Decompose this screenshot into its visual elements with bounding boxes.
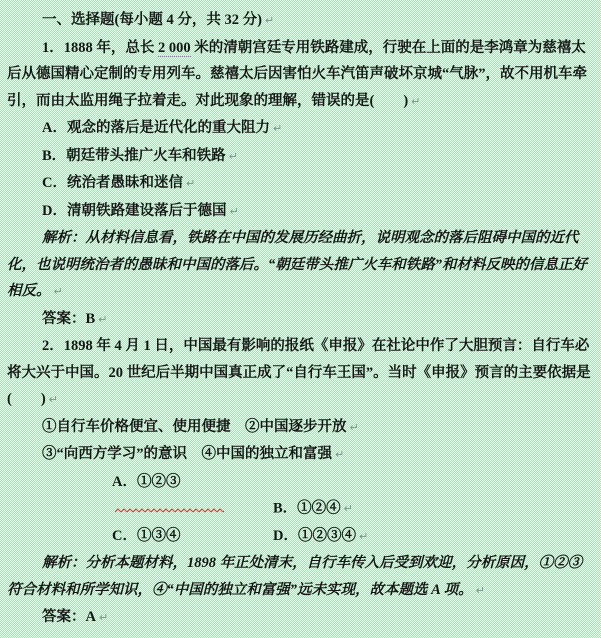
paragraph-end-mark: ↵ (411, 95, 420, 108)
question2-numbered-items-line2-text: ③“向西方学习”的意识 ④中国的独立和富强 (42, 446, 332, 462)
paragraph-end-mark: ↵ (335, 448, 344, 461)
question1-stem-spellcheck-underlined: 2 000 (158, 40, 191, 57)
exam-document-page: 一、选择题(每小题 4 分，共 32 分)↵ 1．1888 年，总长 2 000… (0, 0, 601, 638)
question2-choice-d-text: D．①②③④ (273, 528, 356, 544)
question2-stem: 2．1898 年 4 月 1 日，中国最有影响的报纸《申报》在社论中作了大胆预言… (7, 333, 596, 414)
question1-option-b: B．朝廷带头推广火车和铁路↵ (7, 143, 596, 171)
red-squiggle-underline (80, 496, 224, 523)
paragraph-end-mark: ↵ (98, 313, 107, 326)
question1-stem: 1．1888 年，总长 2 000 米的清朝宫廷专用铁路建成，行驶在上面的是李鸿… (7, 35, 596, 116)
question1-option-d: D．清朝铁路建设落后于德国↵ (7, 198, 596, 226)
section-title: 一、选择题(每小题 4 分，共 32 分)↵ (7, 7, 596, 35)
paragraph-end-mark: ↵ (273, 122, 282, 135)
question2-stem-text: 2．1898 年 4 月 1 日，中国最有影响的报纸《申报》在社论中作了大胆预言… (7, 338, 591, 407)
question2-answer-text: 答案：A (42, 609, 96, 625)
question2-choice-a-cell: A．①②③ (77, 469, 273, 523)
question1-option-d-text: D．清朝铁路建设落后于德国 (42, 203, 226, 219)
paragraph-end-mark: ↵ (186, 177, 195, 190)
question2-choice-c-text: C．①③④ (112, 528, 180, 544)
question1-option-c: C．统治者愚昧和迷信↵ (7, 170, 596, 198)
paragraph-end-mark: ↵ (49, 393, 58, 406)
question2-choice-c-cell: C．①③④ (77, 523, 273, 550)
question2-analysis-text: 解析：分析本题材料，1898 年正处清末，自行车传入后受到欢迎，分析原因，①②③… (7, 555, 582, 598)
paragraph-end-mark: ↵ (359, 530, 368, 543)
question1-answer: 答案：B↵ (7, 306, 596, 334)
question1-option-b-text: B．朝廷带头推广火车和铁路 (42, 148, 226, 164)
question1-analysis: 解析：从材料信息看，铁路在中国的发展历经曲折，说明观念的落后阻碍中国的近代化，也… (7, 225, 596, 306)
paragraph-end-mark: ↵ (99, 611, 108, 624)
question1-option-a-text: A．观念的落后是近代化的重大阻力 (42, 120, 270, 136)
section-title-text: 一、选择题(每小题 4 分，共 32 分) (42, 12, 262, 28)
question2-answer: 答案：A↵ (7, 604, 596, 632)
question2-analysis: 解析：分析本题材料，1898 年正处清末，自行车传入后受到欢迎，分析原因，①②③… (7, 550, 596, 604)
question2-numbered-items-line1: ①自行车价格便宜、使用便捷 ②中国逐步开放↵ (7, 414, 596, 442)
question2-choice-b-text: B．①②④ (273, 500, 341, 516)
paragraph-end-mark: ↵ (344, 502, 353, 515)
question2-numbered-items-line2: ③“向西方学习”的意识 ④中国的独立和富强↵ (7, 441, 596, 469)
question2-numbered-items-line1-text: ①自行车价格便宜、使用便捷 ②中国逐步开放 (42, 419, 347, 435)
paragraph-end-mark: ↵ (229, 205, 238, 218)
paragraph-end-mark: ↵ (265, 14, 274, 27)
question1-option-a: A．观念的落后是近代化的重大阻力↵ (7, 115, 596, 143)
question1-stem-pre: 1．1888 年，总长 (42, 40, 158, 56)
paragraph-end-mark: ↵ (350, 421, 359, 434)
question2-choice-row-ab: A．①②③B．①②④↵ (7, 469, 596, 523)
question2-choice-a-text: A．①②③ (112, 474, 180, 490)
paragraph-end-mark: ↵ (229, 150, 238, 163)
paragraph-end-mark: ↵ (476, 584, 485, 597)
question1-option-c-text: C．统治者愚昧和迷信 (42, 175, 183, 191)
question1-analysis-text: 解析：从材料信息看，铁路在中国的发展历经曲折，说明观念的落后阻碍中国的近代化，也… (7, 230, 587, 299)
question2-choice-row-cd: C．①③④D．①②③④↵ (7, 523, 596, 551)
paragraph-end-mark: ↵ (54, 285, 63, 298)
question1-answer-text: 答案：B (42, 311, 95, 327)
